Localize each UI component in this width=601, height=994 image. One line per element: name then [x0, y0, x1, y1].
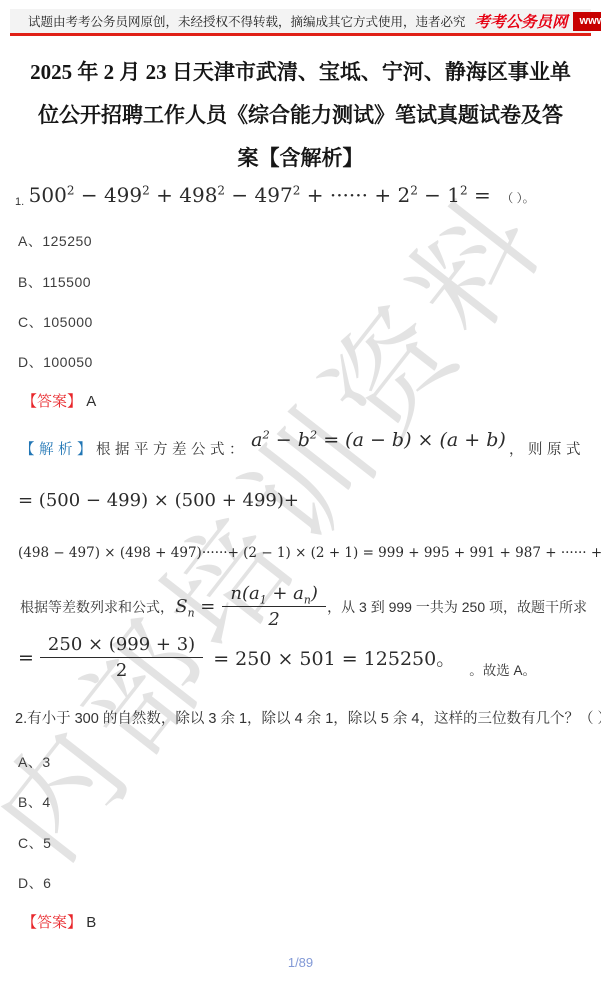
answer-tag: 【答案】	[22, 393, 82, 410]
question-2-option-c: C、5	[18, 833, 51, 853]
analysis-expansion-line-2: (498 − 497) × (498 + 497)······+ (2 − 1)…	[18, 541, 601, 561]
sum-formula-suffix: ，从 3 到 999 一共为 250 项，故题干所求	[327, 597, 587, 617]
question-2-stem: 2.有小于 300 的自然数，除以 3 余 1，除以 4 余 1，除以 5 余 …	[15, 707, 601, 728]
title-line-3: 案【含解析】	[0, 137, 601, 180]
question-1-option-b: B、115500	[18, 272, 91, 292]
question-1-answer: 【答案】 A	[22, 390, 96, 411]
question-2-option-b: B、4	[18, 792, 51, 812]
analysis-tag: 【解析】	[20, 442, 96, 458]
question-2-option-a: A、3	[18, 752, 51, 772]
arithmetic-series-formula: Sn = n(a1 + an) 2	[175, 583, 326, 630]
question-1-formula: 5002 − 4992 + 4982 − 4972 + ······ + 22 …	[29, 183, 491, 207]
calc-numerator: 250 × (999 + 3)	[40, 634, 203, 658]
brand-logo-text: 考考公务员网	[475, 10, 568, 32]
analysis-lead-text: 根据平方差公式：	[96, 442, 248, 458]
sum-lhs: Sn =	[175, 596, 215, 617]
question-1-option-d: D、100050	[18, 352, 93, 372]
answer-value: B	[86, 914, 96, 931]
analysis-final-calculation: = 250 × (999 + 3) 2 = 250 × 501 = 125250…	[18, 634, 536, 681]
page-content: 试题由考考公务员网原创，未经授权不得转载，摘编成其它方式使用，违者必究 考考公务…	[0, 0, 601, 994]
analysis-lead: 【解析】根据平方差公式：	[20, 438, 248, 459]
calc-result: = 250 × 501 = 125250。	[213, 644, 455, 671]
calc-denominator: 2	[40, 658, 203, 681]
calc-equals-sign: =	[18, 647, 34, 669]
copyright-banner: 试题由考考公务员网原创，未经授权不得转载，摘编成其它方式使用，违者必究 考考公务…	[10, 9, 591, 36]
question-1-number: 1.	[15, 196, 24, 208]
sum-numerator: n(a1 + an)	[222, 583, 326, 607]
calc-fraction: 250 × (999 + 3) 2	[40, 634, 203, 681]
analysis-line-1: 【解析】根据平方差公式： a2 − b2 = (a − b) × (a + b)…	[20, 437, 585, 459]
question-1-stem: 1. 5002 − 4992 + 4982 − 4972 + ······ + …	[15, 183, 535, 208]
sum-formula-prefix: 根据等差数列求和公式，	[20, 597, 174, 617]
question-2-option-d: D、6	[18, 873, 51, 893]
analysis-sum-formula-line: 根据等差数列求和公式， Sn = n(a1 + an) 2 ，从 3 到 999…	[20, 583, 587, 630]
title-line-1: 2025 年 2 月 23 日天津市武清、宝坻、宁河、静海区事业单	[0, 51, 601, 94]
question-1-option-c: C、105000	[18, 312, 93, 332]
title-line-2: 位公开招聘工作人员《综合能力测试》笔试真题试卷及答	[0, 94, 601, 137]
copyright-notice-text: 试题由考考公务员网原创，未经授权不得转载，摘编成其它方式使用，违者必究	[28, 12, 466, 30]
analysis-lead-suffix: ，则原式	[509, 438, 585, 459]
sum-fraction: n(a1 + an) 2	[222, 583, 326, 630]
page-title: 2025 年 2 月 23 日天津市武清、宝坻、宁河、静海区事业单 位公开招聘工…	[0, 51, 601, 180]
exam-document-page: 内部培训资料 试题由考考公务员网原创，未经授权不得转载，摘编成其它方式使用，违者…	[0, 0, 601, 994]
answer-value: A	[86, 393, 96, 410]
question-2-answer: 【答案】 B	[22, 911, 96, 932]
conclusion-text: 。故选 A。	[469, 659, 536, 681]
sum-denominator: 2	[222, 607, 326, 630]
analysis-expansion-line-1: = (500 − 499) × (500 + 499)+	[18, 490, 299, 511]
question-1-blank: （ ）。	[501, 191, 534, 205]
question-1-option-a: A、125250	[18, 231, 92, 251]
site-url-badge[interactable]: www.kkgwy.com	[573, 12, 601, 31]
page-number: 1/89	[0, 955, 601, 970]
square-difference-formula: a2 − b2 = (a − b) × (a + b)	[251, 429, 506, 451]
answer-tag: 【答案】	[22, 914, 82, 931]
